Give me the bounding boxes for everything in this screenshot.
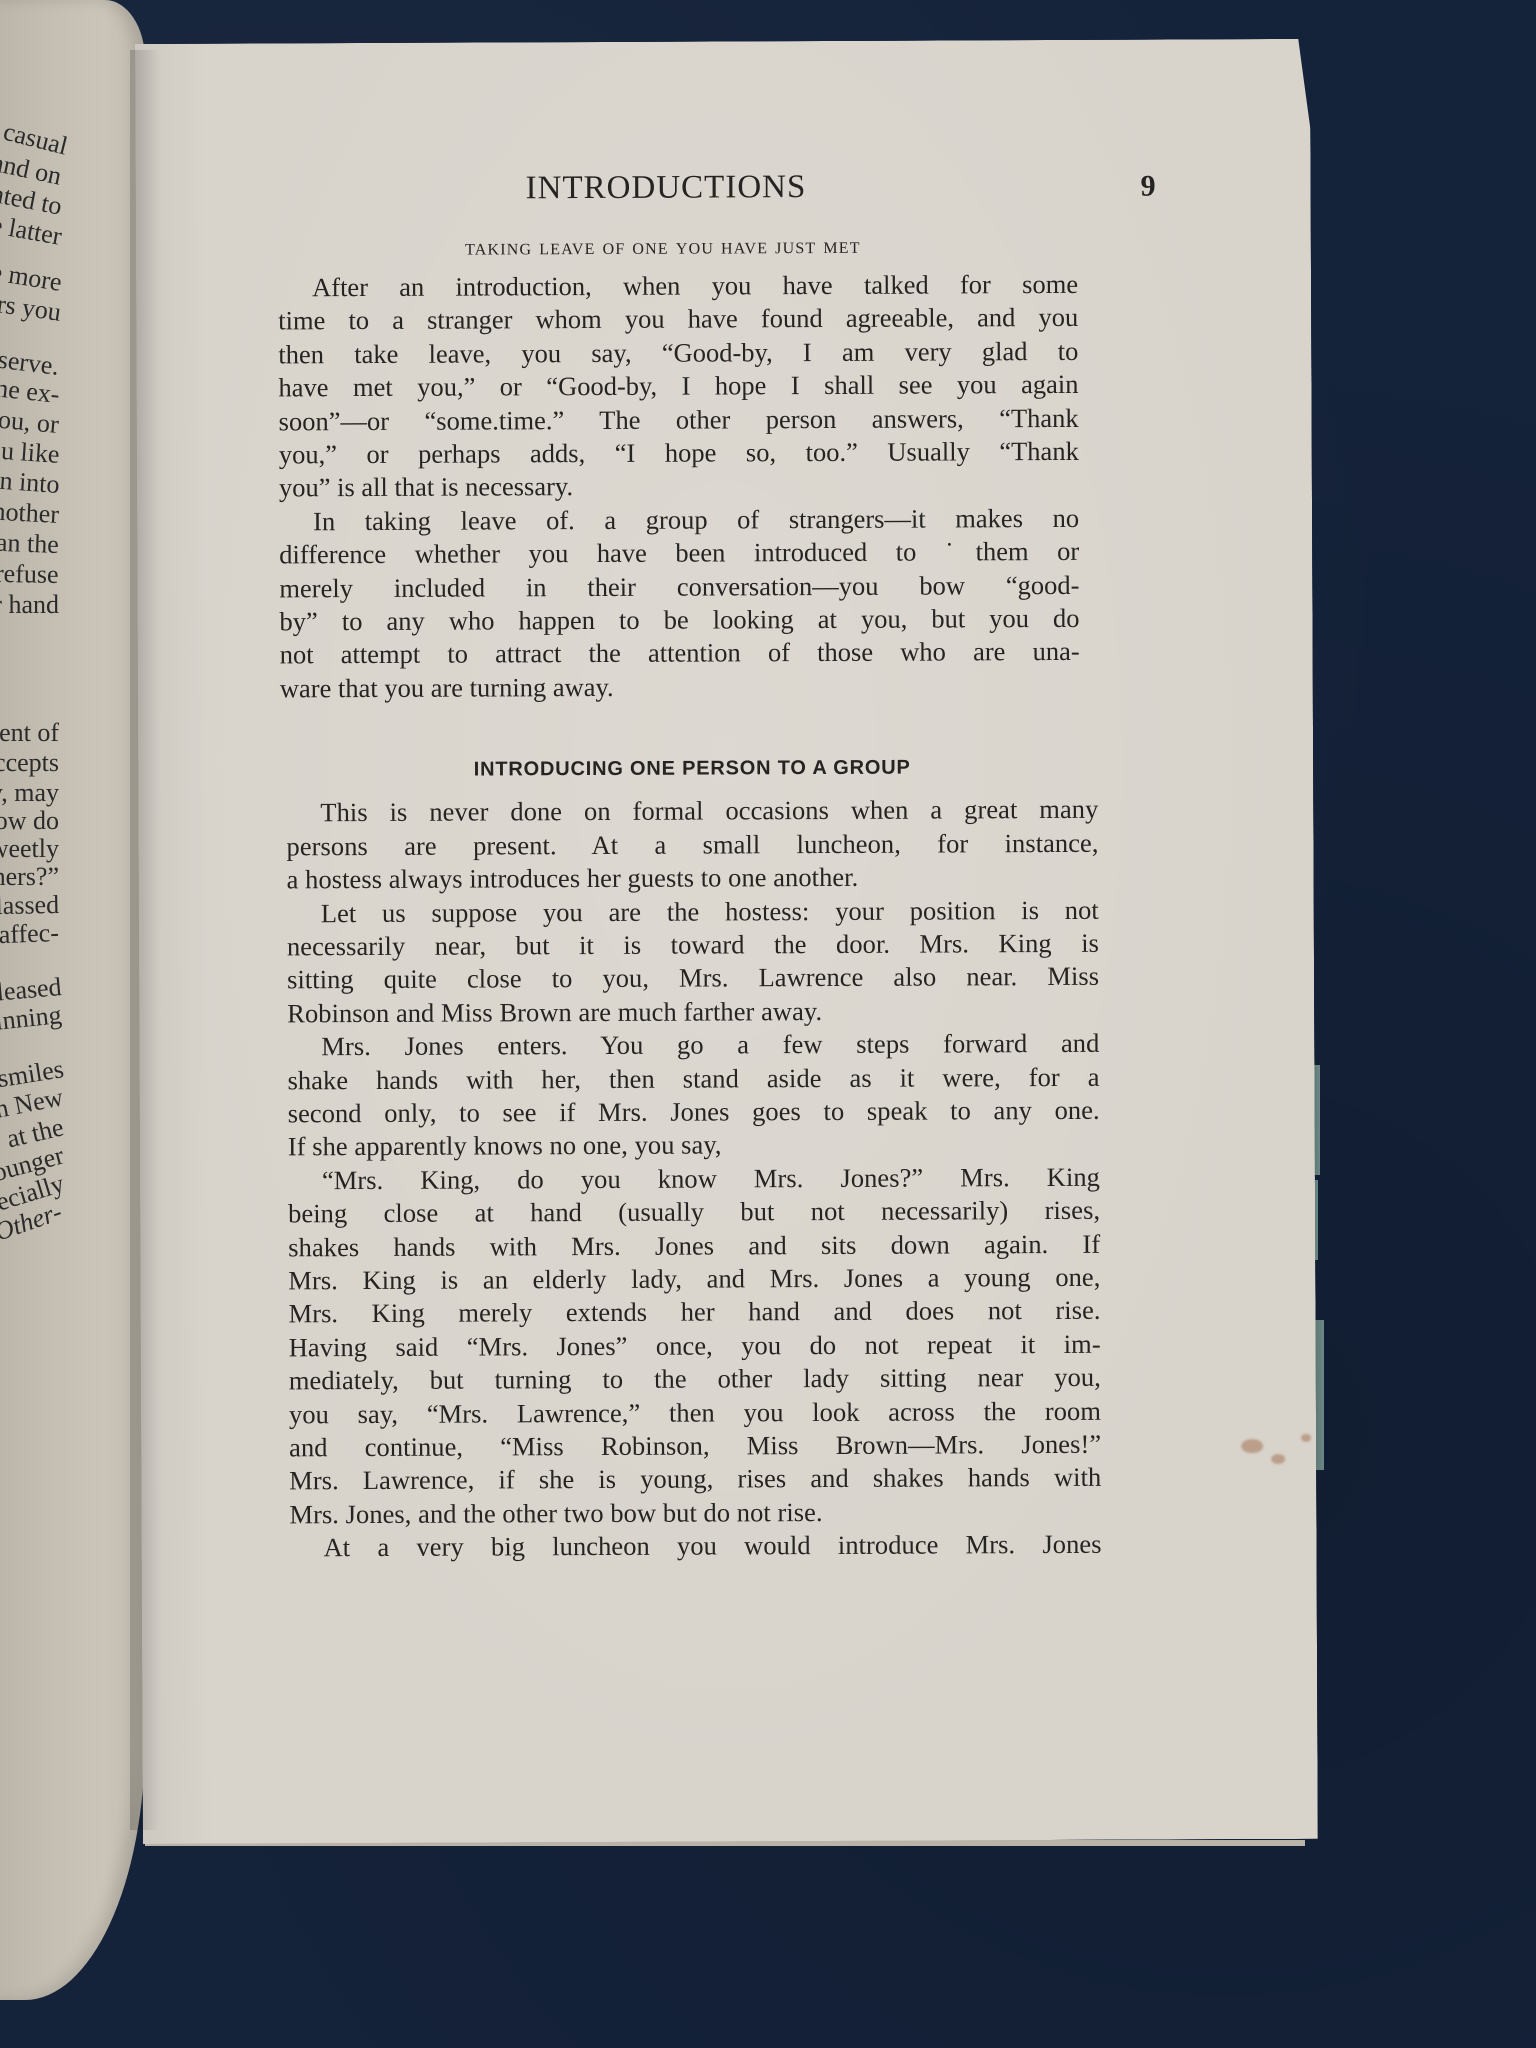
text-line: a hostess always introduces her guests t… <box>287 860 1099 897</box>
text-line: then take leave, you say, “Good-by, I am… <box>278 335 1078 372</box>
paragraph: Mrs. Jones enters. You go a few steps fo… <box>287 1027 1100 1164</box>
left-page-line: ur hand <box>0 590 59 620</box>
text-line: This is never done on formal occasions w… <box>286 793 1098 830</box>
left-page-line: ou like <box>0 435 60 470</box>
text-line: and continue, “Miss Robinson, Miss Brown… <box>289 1428 1101 1465</box>
text-line: you say, “Mrs. Lawrence,” then you look … <box>289 1394 1101 1431</box>
left-page-line: me ex- <box>0 373 61 410</box>
text-line: Mrs. King merely extends her hand and do… <box>288 1294 1100 1331</box>
left-page-line: sweetly <box>0 834 59 864</box>
text-line: Having said “Mrs. Jones” once, you do no… <box>289 1328 1101 1365</box>
text-line: time to a stranger whom you have found a… <box>278 301 1078 338</box>
text-line: shakes hands with Mrs. Jones and sits do… <box>288 1227 1100 1264</box>
text-line: have met you,” or “Good-by, I hope I sha… <box>278 368 1078 405</box>
paragraph: In taking leave of. a group of strangers… <box>279 502 1080 706</box>
book-gutter-shadow <box>130 50 160 1830</box>
left-page-line: nan the <box>0 527 60 560</box>
text-line: being close at hand (usually but not nec… <box>288 1194 1100 1231</box>
section-introducing-to-group: INTRODUCING ONE PERSON TO A GROUP This i… <box>286 756 1102 1565</box>
foxing-stain <box>1301 1434 1311 1442</box>
text-line: merely included in their conversation—yo… <box>279 569 1079 606</box>
left-page-line: thers?” <box>0 862 59 892</box>
text-line: not attempt to attract the attention of … <box>280 635 1080 672</box>
text-line: Let us suppose you are the hostess: your… <box>287 893 1099 930</box>
text-line: difference whether you have been introdu… <box>279 535 1079 572</box>
text-line: second only, to see if Mrs. Jones goes t… <box>288 1094 1100 1131</box>
foxing-stain <box>1241 1439 1263 1453</box>
paragraph: This is never done on formal occasions w… <box>286 793 1098 897</box>
section-heading: TAKING LEAVE OF ONE YOU HAVE JUST MET <box>248 232 1078 262</box>
text-line: After an introduction, when you have tal… <box>278 268 1078 305</box>
paragraph: Let us suppose you are the hostess: your… <box>287 893 1100 1030</box>
paragraph: After an introduction, when you have tal… <box>278 268 1079 505</box>
text-line: by” to any who happen to be looking at y… <box>279 602 1079 639</box>
left-page-line: ly, may <box>0 778 59 808</box>
text-line: In taking leave of. a group of strangers… <box>279 502 1079 539</box>
left-page: casual and on nted to e latter e more er… <box>0 0 145 2000</box>
text-line: Mrs. King is an elderly lady, and Mrs. J… <box>288 1261 1100 1298</box>
left-page-line: classed <box>0 890 59 921</box>
text-line: Mrs. Jones, and the other two bow but do… <box>289 1495 1101 1532</box>
text-line: If she apparently knows no one, you say, <box>288 1127 1100 1164</box>
section-taking-leave: TAKING LEAVE OF ONE YOU HAVE JUST MET Af… <box>278 232 1080 706</box>
left-page-line: nent of <box>0 718 59 748</box>
running-title: INTRODUCTIONS <box>526 169 807 207</box>
paragraph: At a very big luncheon you would introdu… <box>289 1528 1101 1565</box>
book-page: INTRODUCTIONS 9 TAKING LEAVE OF ONE YOU … <box>135 39 1318 1844</box>
left-page-line: er affec- <box>0 918 60 951</box>
left-page-line: another <box>0 496 60 530</box>
left-page-line: you, or <box>0 404 60 440</box>
page-number: 9 <box>1141 170 1156 204</box>
text-line: At a very big luncheon you would introdu… <box>289 1528 1101 1565</box>
text-line: you” is all that is necessary. <box>279 468 1079 505</box>
text-line: persons are present. At a small luncheon… <box>286 826 1098 863</box>
running-head: INTRODUCTIONS 9 <box>296 168 1116 222</box>
left-page-line: ginning <box>0 1000 63 1038</box>
text-line: you,” or perhaps adds, “I hope so, too.”… <box>279 435 1079 472</box>
left-page-line: How do <box>0 806 59 836</box>
left-page-line: refuse <box>0 559 59 590</box>
text-line: Robinson and Miss Brown are much farther… <box>287 994 1099 1031</box>
left-page-text: casual and on nted to e latter e more er… <box>0 0 145 2000</box>
text-line: ware that you are turning away. <box>280 669 1080 706</box>
text-line: soon”—or “some.time.” The other person a… <box>279 402 1079 439</box>
text-line: shake hands with her, then stand aside a… <box>287 1060 1099 1097</box>
paragraph: “Mrs. King, do you know Mrs. Jones?” Mrs… <box>288 1161 1102 1532</box>
text-line: “Mrs. King, do you know Mrs. Jones?” Mrs… <box>288 1161 1100 1198</box>
foxing-stain <box>1271 1454 1285 1464</box>
left-page-line: ken into <box>0 464 60 500</box>
text-line: mediately, but turning to the other lady… <box>289 1361 1101 1398</box>
text-line: necessarily near, but it is toward the d… <box>287 927 1099 964</box>
page-content: INTRODUCTIONS 9 TAKING LEAVE OF ONE YOU … <box>296 168 1122 1565</box>
text-line: Mrs. Lawrence, if she is young, rises an… <box>289 1461 1101 1498</box>
text-line: sitting quite close to you, Mrs. Lawrenc… <box>287 960 1099 997</box>
left-page-line: accepts <box>0 748 59 778</box>
section-heading: INTRODUCING ONE PERSON TO A GROUP <box>286 756 1098 783</box>
text-line: Mrs. Jones enters. You go a few steps fo… <box>287 1027 1099 1064</box>
